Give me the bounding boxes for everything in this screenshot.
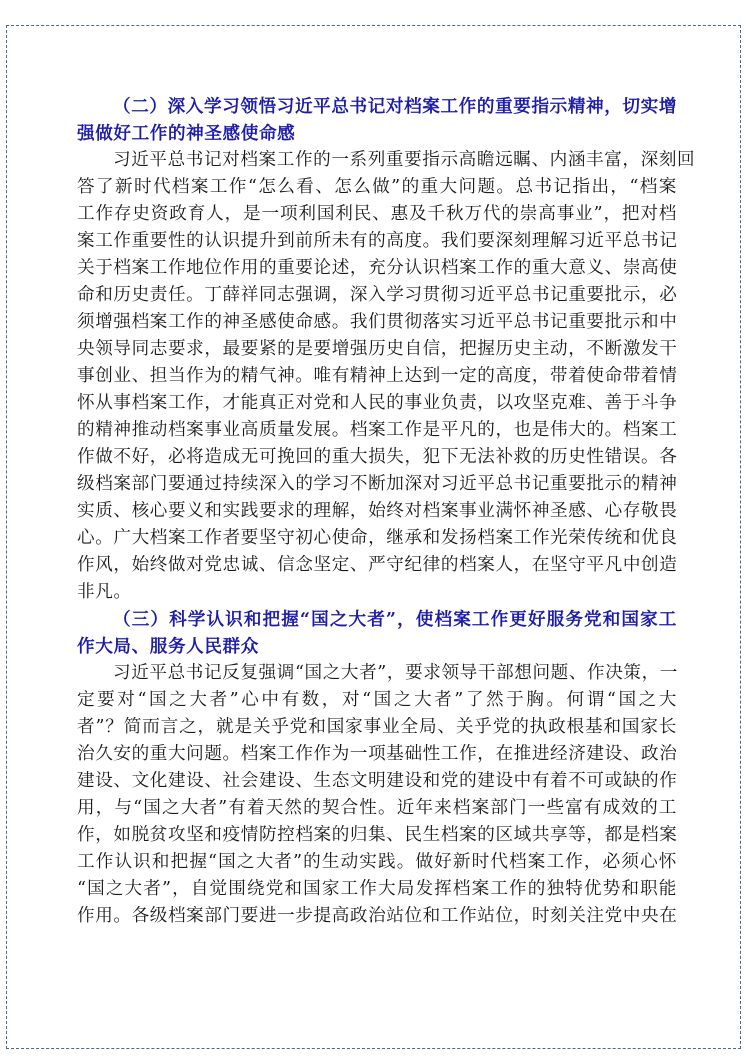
paragraph-line: 央领导同志要求，最要紧的是要增强历史自信，把握历史主动，不断激发干 — [77, 336, 677, 363]
paragraph-line: 的精神推动档案事业高质量发展。档案工作是平凡的，也是伟大的。档案工 — [77, 417, 677, 444]
paragraph-line: 答了新时代档案工作“怎么看、怎么做”的重大问题。总书记指出，“档案 — [77, 174, 677, 201]
paragraph-line: 作用。各级档案部门要进一步提高政治站位和工作站位，时刻关注党中央在 — [77, 903, 677, 930]
document-body: （二）深入学习领悟习近平总书记对档案工作的重要指示精神，切实增 强做好工作的神圣… — [77, 93, 677, 930]
paragraph-line: 作，如脱贫攻坚和疫情防控档案的归集、民生档案的区域共享等，都是档案 — [77, 822, 677, 849]
section-2-heading-line-2: 强做好工作的神圣感使命感 — [77, 120, 677, 147]
paragraph-line: 级档案部门要通过持续深入的学习不断加深对习近平总书记重要批示的精神 — [77, 471, 677, 498]
paragraph-line: 须增强档案工作的神圣感使命感。我们贯彻落实习近平总书记重要批示和中 — [77, 309, 677, 336]
section-3-heading-line-2: 作大局、服务人民群众 — [77, 633, 677, 660]
paragraph-line: 习近平总书记对档案工作的一系列重要指示高瞻远瞩、内涵丰富，深刻回 — [77, 147, 677, 174]
paragraph-line: 作风，始终做对党忠诚、信念坚定、严守纪律的档案人，在坚守平凡中创造 — [77, 552, 677, 579]
paragraph-line: “国之大者”，自觉围绕党和国家工作大局发挥档案工作的独特优势和职能 — [77, 876, 677, 903]
paragraph-line: 作做不好，必将造成无可挽回的重大损失，犯下无法补救的历史性错误。各 — [77, 444, 677, 471]
paragraph-line: 习近平总书记反复强调“国之大者”，要求领导干部想问题、作决策，一 — [77, 660, 677, 687]
paragraph-line: 事创业、担当作为的精气神。唯有精神上达到一定的高度，带着使命带着情 — [77, 363, 677, 390]
paragraph-line: 建设、文化建设、社会建设、生态文明建设和党的建设中有着不可或缺的作 — [77, 768, 677, 795]
paragraph-line: 命和历史责任。丁薛祥同志强调，深入学习贯彻习近平总书记重要批示，必 — [77, 282, 677, 309]
paragraph-line: 关于档案工作地位作用的重要论述，充分认识档案工作的重大意义、崇高使 — [77, 255, 677, 282]
paragraph-line: 者”？简而言之，就是关乎党和国家事业全局、关乎党的执政根基和国家长 — [77, 714, 677, 741]
paragraph-line: 案工作重要性的认识提升到前所未有的高度。我们要深刻理解习近平总书记 — [77, 228, 677, 255]
paragraph-line: 非凡。 — [77, 579, 677, 606]
paragraph-line: 工作认识和把握“国之大者”的生动实践。做好新时代档案工作，必须心怀 — [77, 849, 677, 876]
paragraph-line: 怀从事档案工作，才能真正对党和人民的事业负责，以攻坚克难、善于斗争 — [77, 390, 677, 417]
paragraph-line: 工作存史资政育人，是一项利国利民、惠及千秋万代的崇高事业”，把对档 — [77, 201, 677, 228]
section-2-heading-line-1: （二）深入学习领悟习近平总书记对档案工作的重要指示精神，切实增 — [77, 93, 677, 120]
paragraph-line: 用，与“国之大者”有着天然的契合性。近年来档案部门一些富有成效的工 — [77, 795, 677, 822]
paragraph-line: 心。广大档案工作者要坚守初心使命，继承和发扬档案工作光荣传统和优良 — [77, 525, 677, 552]
section-3-heading-line-1: （三）科学认识和把握“国之大者”，使档案工作更好服务党和国家工 — [77, 606, 677, 633]
paragraph-line: 实质、核心要义和实践要求的理解，始终对档案事业满怀神圣感、心存敬畏 — [77, 498, 677, 525]
paragraph-line: 定要对“国之大者”心中有数，对“国之大者”了然于胸。何谓“国之大 — [77, 687, 677, 714]
paragraph-line: 治久安的重大问题。档案工作作为一项基础性工作，在推进经济建设、政治 — [77, 741, 677, 768]
